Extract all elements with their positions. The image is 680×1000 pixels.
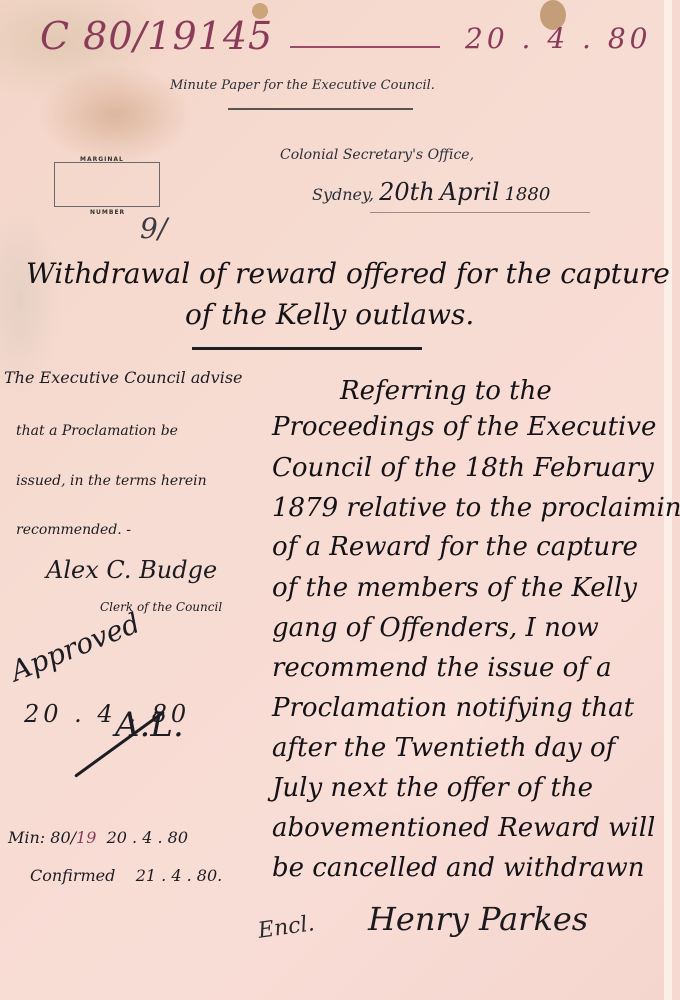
body-line: of a Reward for the capture <box>272 532 638 562</box>
minute-reference: Min: 80/19 20 . 4 . 80 <box>8 828 188 847</box>
body-line: Council of the 18th February <box>272 453 654 483</box>
body-line: 1879 relative to the proclaiming <box>272 493 680 523</box>
body-line: Proclamation notifying that <box>272 693 634 723</box>
place: Sydney, <box>312 185 374 204</box>
body-line: recommend the issue of a <box>272 653 612 683</box>
body-line: July next the offer of the <box>272 773 593 803</box>
marginal-number-box <box>54 162 160 207</box>
subject-line: of the Kelly outlaws. <box>185 298 474 331</box>
margin-note-line: recommended. - <box>16 522 131 538</box>
printed-heading: Minute Paper for the Executive Council. <box>170 78 435 93</box>
minute-paper: C 80/19145 20 . 4 . 80 Minute Paper for … <box>0 0 672 1000</box>
approved-annotation: Approved <box>6 606 145 688</box>
minute-date: 20 . 4 . 80 <box>107 828 188 847</box>
minute-ref: 80/ <box>50 828 76 847</box>
author-signature: Henry Parkes <box>368 900 588 938</box>
body-line: of the members of the Kelly <box>272 573 637 603</box>
minute-label: Min: <box>8 828 45 847</box>
date-rule <box>370 212 590 213</box>
margin-note-line: issued, in the terms herein <box>16 473 207 489</box>
date-day: 20th <box>379 178 435 206</box>
body-line: abovementioned Reward will <box>272 813 655 843</box>
reference-number: C 80/19145 <box>40 14 273 58</box>
minute-ref-red: 19 <box>76 828 96 847</box>
margin-note-line: The Executive Council advise <box>4 368 243 387</box>
confirmed-label: Confirmed <box>30 866 115 885</box>
body-line: gang of Offenders, I now <box>272 613 599 643</box>
confirmed-date: 21 . 4 . 80. <box>136 866 223 885</box>
body-line: Referring to the <box>340 376 552 406</box>
subject-line: Withdrawal of reward offered for the cap… <box>26 257 670 290</box>
subject-divider <box>192 347 422 350</box>
place-date-line: Sydney, 20th April 1880 <box>312 178 550 206</box>
body-line: Proceedings of the Executive <box>272 412 656 442</box>
heading-divider <box>228 108 413 110</box>
folio-mark: 9/ <box>140 212 167 245</box>
margin-note-line: that a Proclamation be <box>16 423 178 439</box>
date-month: April <box>440 178 500 206</box>
reference-rule <box>290 46 440 48</box>
clerk-signature: Alex C. Budge <box>46 556 217 584</box>
confirmed-line: Confirmed 21 . 4 . 80. <box>30 866 222 885</box>
reference-date: 20 . 4 . 80 <box>465 22 651 55</box>
number-label: NUMBER <box>90 209 125 216</box>
body-line: be cancelled and withdrawn <box>272 853 644 883</box>
office-line: Colonial Secretary's Office, <box>280 147 474 163</box>
body-line: after the Twentieth day of <box>272 733 615 763</box>
enclosure-mark: Encl. <box>257 911 317 944</box>
date-year: 1880 <box>504 184 550 205</box>
